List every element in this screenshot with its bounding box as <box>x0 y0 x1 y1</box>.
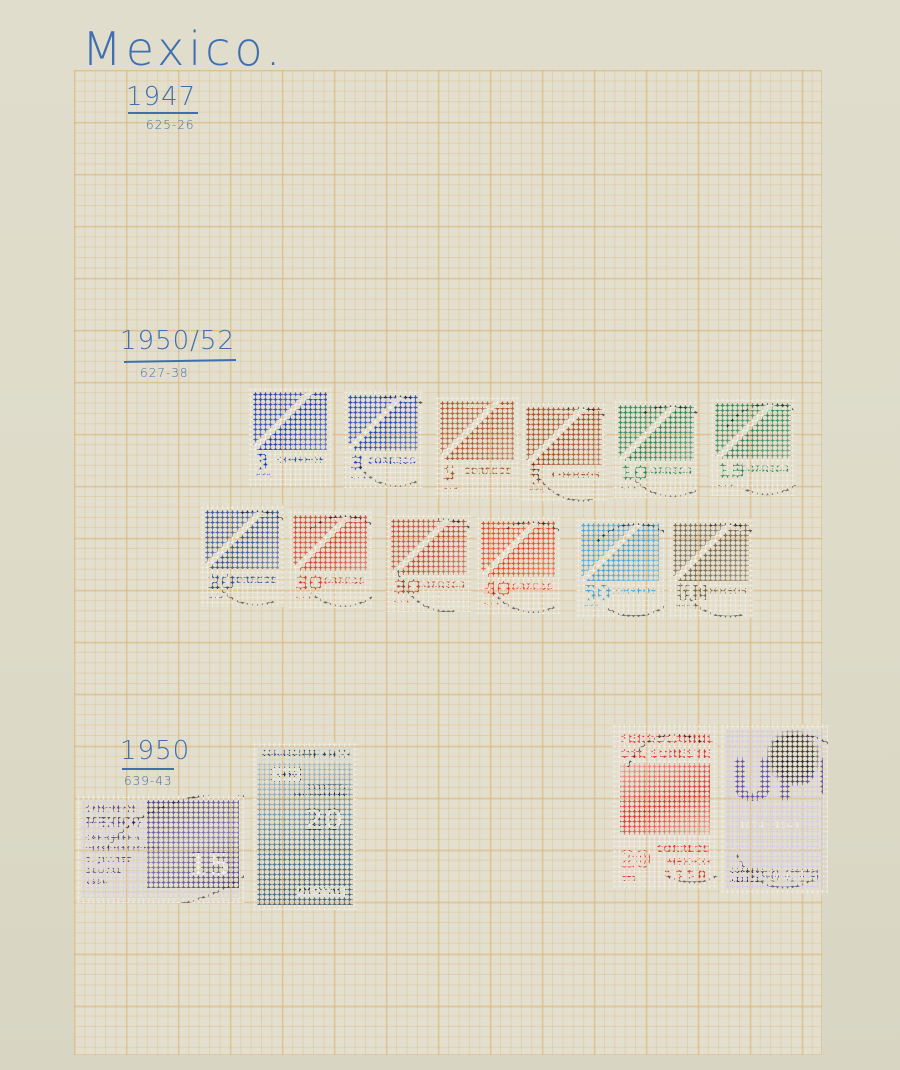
catalog-range-1950: 639-43 <box>124 774 173 788</box>
postage-stamp[interactable]: Tabasco Arqueologia40CTSCORREOSMEXICO <box>476 516 560 614</box>
underline <box>128 112 198 114</box>
stamp-country: MEXICO <box>85 816 142 831</box>
stamp-year-sign: 1950 <box>271 767 301 782</box>
stamp-country: MEXICO <box>417 593 465 604</box>
postage-stamp[interactable]: Puebla20CTSCORREOSMEXICO <box>200 505 284 607</box>
stamp-country: MEXICO <box>666 857 710 868</box>
stamp-label-correos: CORREOS <box>261 749 304 758</box>
stamp-unit: CTS <box>529 488 545 495</box>
stamp-design: HidalgoUNPESOCORREOSMEXICO <box>673 523 749 613</box>
stamp-unit: CTS <box>296 594 312 601</box>
stamp-label-correos: CORREOS <box>644 468 692 477</box>
stamp-design: Distrito Federal5CTSCORREOSMEXICO <box>440 401 514 493</box>
stamp-place-label: Benito Juarez <box>750 406 788 412</box>
stamp-value: 3 <box>255 452 269 472</box>
postage-stamp[interactable]: Nuevo Leon3CTSCORREOSMEXICO <box>248 387 332 487</box>
section-year-1947: 1947 <box>126 82 196 112</box>
stamp-country: MEXICO <box>741 477 789 488</box>
stamp-unit: CTS <box>621 484 637 491</box>
stamp-country: MEXICO <box>277 468 325 479</box>
stamp-label-correos: CORREOS <box>229 577 277 586</box>
postage-stamp[interactable]: Michoacan30CTSCORREOSMEXICO <box>386 514 472 612</box>
postage-stamp[interactable]: Benito Juarez15CTSCORREOSMEXICO <box>710 398 796 496</box>
stamp-place-label: Puebla <box>257 513 276 519</box>
stamp-value: 15 <box>186 846 231 884</box>
stamp-country: MEXICO <box>609 599 657 610</box>
stamp-design: Tabasco Arqueologia40CTSCORREOSMEXICO <box>481 521 555 609</box>
stamp-label-correos: CORREOS <box>85 804 139 815</box>
stamp-country: MEXICO <box>317 589 365 600</box>
stamp-label-correos: CORREOS <box>552 472 600 481</box>
stamp-design: Distrito Federal5CTSCORREOSMEXICO <box>526 407 602 497</box>
stamp-value: 20 <box>304 803 343 836</box>
postage-stamp[interactable]: 10CTSCORREOSMEXICO <box>613 400 699 498</box>
stamp-unit: CTS <box>443 484 459 491</box>
stamp-unit: CTS <box>351 474 367 481</box>
stamp-place-label: Tabasco Arqueologia <box>494 524 552 530</box>
stamp-text-line: INTERNACIONAL <box>294 791 349 798</box>
stamp-design: FERROCARRILDEL SURESTE20CTSCORREOSMEXICO… <box>617 729 713 885</box>
stamp-label-correos: CORREOS <box>505 584 553 593</box>
stamp-country: MEXICO <box>552 483 600 494</box>
stamp-label-correos: CORREOS <box>699 588 747 597</box>
stamp-design: Michoacan30CTSCORREOSMEXICO <box>293 515 367 603</box>
stamp-label-correos: CORREOS <box>277 457 325 466</box>
stamp-illustration <box>620 763 710 835</box>
stamp-design: 10CTSCORREOSMEXICO <box>618 405 694 493</box>
stamp-country: MEXICO <box>729 876 760 884</box>
stamp-design: Nuevo Leon3CTSCORREOSMEXICO <box>348 395 418 483</box>
underline <box>122 768 174 770</box>
stamp-design: 50CTSCORREOSMEXICO <box>581 523 659 613</box>
stamp-text-line: INTERNACIONAL <box>85 845 162 853</box>
stamp-place-label: Michoacan <box>434 522 464 528</box>
stamp-unit: CTS <box>484 600 500 607</box>
stamp-country: MEXICO <box>302 748 350 761</box>
stamp-design: CORREOSMEXICOCARRETERAINTERNACIONALC. JU… <box>81 800 239 898</box>
stamp-design: Puebla20CTSCORREOSMEXICO <box>205 510 279 602</box>
stamp-design: CORREOSMEXICO1950CARRETERAINTERNACIONAL2… <box>257 747 353 905</box>
stamp-place-label: Distrito Federal <box>555 410 599 416</box>
stamp-text-line: FERROCARRIL <box>620 732 713 746</box>
postage-stamp[interactable]: HidalgoUNPESOCORREOSMEXICO <box>668 518 754 618</box>
catalog-range-1950-52: 627-38 <box>140 366 189 380</box>
stamp-text-line: OCOTAL <box>297 886 346 897</box>
stamp-unit: CTS <box>584 604 600 611</box>
cancel-ink-blot <box>767 729 819 785</box>
stamp-unit: CTS <box>394 598 410 605</box>
stamp-year: 1950 <box>664 868 709 882</box>
stamp-label-correos: CORREOS <box>741 466 789 475</box>
stamp-label-correos: CORREOS <box>464 468 512 477</box>
section-year-1950-52: 1950/52 <box>120 326 235 356</box>
stamp-value: 50 CTS <box>757 866 819 885</box>
stamp-text-line: DEL SURESTE <box>620 747 711 761</box>
stamp-country: MEXICO <box>644 479 692 490</box>
stamp-country: MEXICO <box>229 588 277 599</box>
stamp-value: 5 <box>442 463 456 483</box>
stamp-text-line: CARRETERA <box>306 783 349 791</box>
stamp-place-label: Hidalgo <box>724 526 746 532</box>
stamp-country: MEXICO <box>464 479 512 490</box>
postage-stamp[interactable]: Nuevo Leon3CTSCORREOSMEXICO <box>343 390 423 488</box>
stamp-label-correos: CORREOS <box>417 582 465 591</box>
stamp-unit: PESO <box>676 604 698 611</box>
stamp-unit: CTS <box>256 473 272 480</box>
stamp-place-label: Distrito Federal <box>467 404 511 410</box>
stamp-unit: CTS <box>312 835 335 844</box>
postage-stamp[interactable]: Michoacan30CTSCORREOSMEXICO <box>288 510 372 608</box>
stamp-country: MEXICO <box>368 469 416 480</box>
stamp-unit: CTS <box>718 482 734 489</box>
stamp-text-line: CARRETERA <box>85 834 140 842</box>
stamp-value: 50 <box>583 583 611 603</box>
catalog-range-1947: 625-26 <box>146 118 195 132</box>
stamp-value: 5 <box>528 467 542 487</box>
stamp-label-correos: CORREOS <box>656 844 710 855</box>
postage-stamp[interactable]: FERROCARRILDEL SURESTE20CTSCORREOSMEXICO… <box>612 724 718 890</box>
postage-stamp[interactable]: UPU1874 - 1949CORREOSMEXICO50 CTS <box>720 724 828 894</box>
stamp-illustration <box>618 405 694 461</box>
stamp-design: Nuevo Leon3CTSCORREOSMEXICO <box>253 392 327 482</box>
postage-stamp[interactable]: 50CTSCORREOSMEXICO <box>576 518 664 618</box>
stamp-label-correos: CORREOS <box>368 458 416 467</box>
stamp-country: MEXICO <box>505 595 553 606</box>
stamp-illustration <box>581 523 659 581</box>
stamp-place-label: Nuevo Leon <box>291 395 324 401</box>
postage-stamp[interactable]: Distrito Federal5CTSCORREOSMEXICO <box>521 402 607 502</box>
stamp-label-correos: CORREOS <box>609 588 657 597</box>
country-heading: Mexico. <box>82 22 284 76</box>
stamp-label-correos: CORREOS <box>317 578 365 587</box>
stamp-design: Benito Juarez15CTSCORREOSMEXICO <box>715 403 791 491</box>
stamp-years: 1874 - 1949 <box>739 821 799 831</box>
stamp-design: Michoacan30CTSCORREOSMEXICO <box>391 519 467 607</box>
stamp-unit: CTS <box>208 593 224 600</box>
stamp-text-line: OCOTAL <box>85 867 122 875</box>
section-year-1950: 1950 <box>120 736 190 766</box>
postage-stamp[interactable]: CORREOSMEXICOCARRETERAINTERNACIONALC. JU… <box>76 795 244 903</box>
stamp-design: UPU1874 - 1949CORREOSMEXICO50 CTS <box>725 729 823 889</box>
stamp-text-line: 1950 <box>85 878 108 886</box>
stamp-text-line: C. JUAREZ <box>85 856 133 864</box>
stamp-value: 20 <box>620 848 651 873</box>
postage-stamp[interactable]: CORREOSMEXICO1950CARRETERAINTERNACIONAL2… <box>252 742 358 910</box>
postage-stamp[interactable]: Distrito Federal5CTSCORREOSMEXICO <box>435 396 519 498</box>
stamp-country: MEXICO <box>699 599 747 610</box>
stamp-value: 3 <box>350 453 364 473</box>
stamp-unit: CTS <box>621 875 636 883</box>
album-page: Mexico. 1947 625-26 1950/52 627-38 1950 … <box>0 0 900 1070</box>
stamp-place-label: Michoacan <box>334 518 364 524</box>
stamp-place-label: Nuevo Leon <box>382 398 415 404</box>
